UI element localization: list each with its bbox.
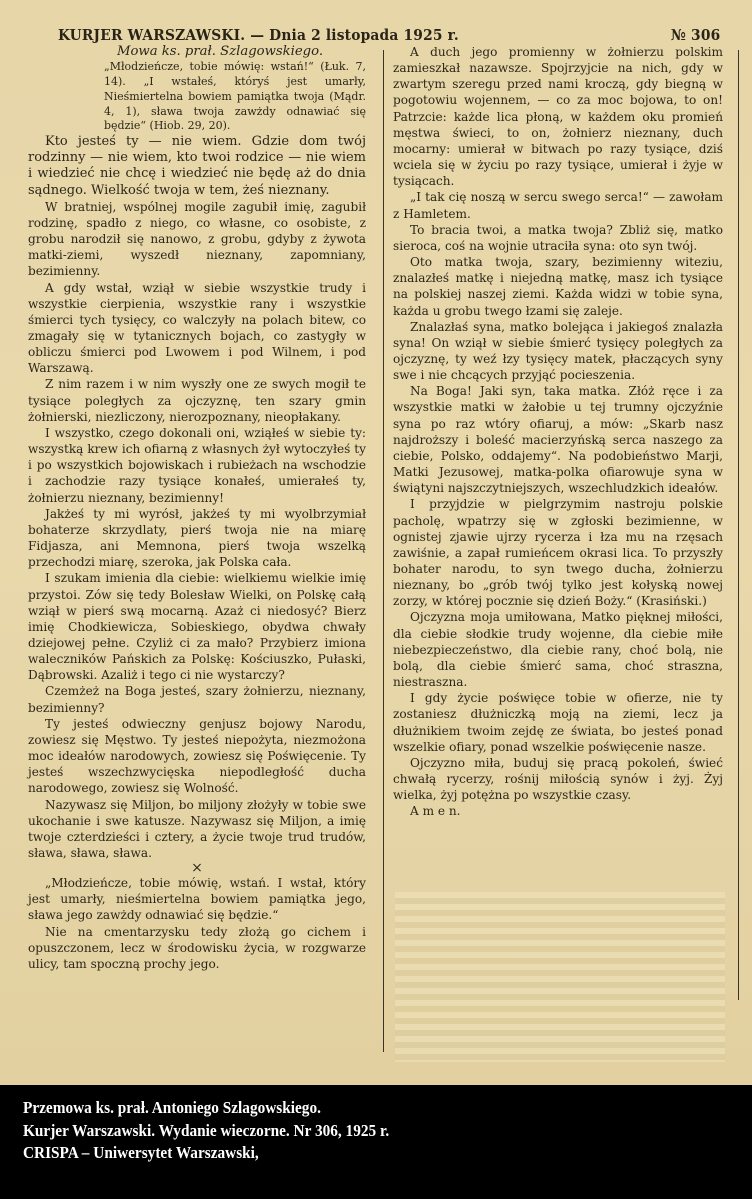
paragraph: I przyjdzie w pielgrzymim nastroju polsk… bbox=[393, 496, 723, 609]
section-divider: × bbox=[28, 861, 366, 875]
paragraph: W bratniej, wspólnej mogile zagubił imię… bbox=[28, 199, 366, 280]
column-rule bbox=[383, 50, 384, 1052]
paragraph: „I tak cię noszą w sercu swego serca!“ —… bbox=[393, 189, 723, 221]
issue-number: № 306 bbox=[671, 26, 721, 44]
image-caption: Przemowa ks. prał. Antoniego Szlagowskie… bbox=[23, 1097, 389, 1165]
paragraph: Jakżeś ty mi wyrósł, jakżeś ty mi wyolbr… bbox=[28, 506, 366, 571]
paragraph: A duch jego promienny w żołnierzu polski… bbox=[393, 44, 723, 189]
caption-line-1: Przemowa ks. prał. Antoniego Szlagowskie… bbox=[23, 1097, 389, 1120]
paragraph: Ojczyzna moja umiłowana, Matko pięknej m… bbox=[393, 609, 723, 690]
right-column: A duch jego promienny w żołnierzu polski… bbox=[393, 44, 723, 820]
paragraph: Znalazłaś syna, matko bolejąca i jakiego… bbox=[393, 319, 723, 384]
paragraph: I wszystko, czego dokonali oni, wziąłeś … bbox=[28, 425, 366, 506]
column-rule-right bbox=[738, 50, 739, 1000]
caption-line-2: Kurjer Warszawski. Wydanie wieczorne. Nr… bbox=[23, 1120, 389, 1143]
paragraph: Nazywasz się Miljon, bo miljony złożyły … bbox=[28, 797, 366, 862]
caption-line-3: CRISPA – Uniwersytet Warszawski, bbox=[23, 1142, 389, 1165]
paragraph: Czemżeż na Boga jesteś, szary żołnierzu,… bbox=[28, 683, 366, 715]
paragraph: To bracia twoi, a matka twoja? Zbliż się… bbox=[393, 222, 723, 254]
paragraph: Na Boga! Jaki syn, taka matka. Złóż ręce… bbox=[393, 383, 723, 496]
left-column: Mowa ks. prał. Szlagowskiego. „Młodzieńc… bbox=[28, 44, 366, 972]
article-byline: Mowa ks. prał. Szlagowskiego. bbox=[28, 44, 366, 60]
paragraph: Z nim razem i w nim wyszły one ze swych … bbox=[28, 376, 366, 424]
paragraph: I szukam imienia dla ciebie: wielkiemu w… bbox=[28, 570, 366, 683]
paragraph: Kto jesteś ty — nie wiem. Gdzie dom twój… bbox=[28, 134, 366, 199]
paragraph: Ojczyzno miła, buduj się pracą pokoleń, … bbox=[393, 755, 723, 803]
paragraph: Ty jesteś odwieczny genjusz bojowy Narod… bbox=[28, 716, 366, 797]
paragraph: „Młodzieńcze, tobie mówię, wstań. I wsta… bbox=[28, 875, 366, 923]
erased-text-area bbox=[395, 892, 725, 1062]
newspaper-page: KURJER WARSZAWSKI. — Dnia 2 listopada 19… bbox=[0, 0, 752, 1085]
paragraph: Nie na cmentarzysku tedy złożą go cichem… bbox=[28, 924, 366, 972]
article-motto: „Młodzieńcze, tobie mówię: wstań!“ (Łuk.… bbox=[28, 60, 366, 134]
paragraph: A gdy wstał, wziął w siebie wszystkie tr… bbox=[28, 280, 366, 377]
closing-amen: A m e n. bbox=[393, 803, 723, 819]
masthead: KURJER WARSZAWSKI. — Dnia 2 listopada 19… bbox=[58, 25, 684, 45]
masthead-title: KURJER WARSZAWSKI. — Dnia 2 listopada 19… bbox=[58, 26, 459, 44]
paragraph: Oto matka twoja, szary, bezimienny witez… bbox=[393, 254, 723, 319]
paragraph: I gdy życie poświęce tobie w ofierze, ni… bbox=[393, 690, 723, 755]
